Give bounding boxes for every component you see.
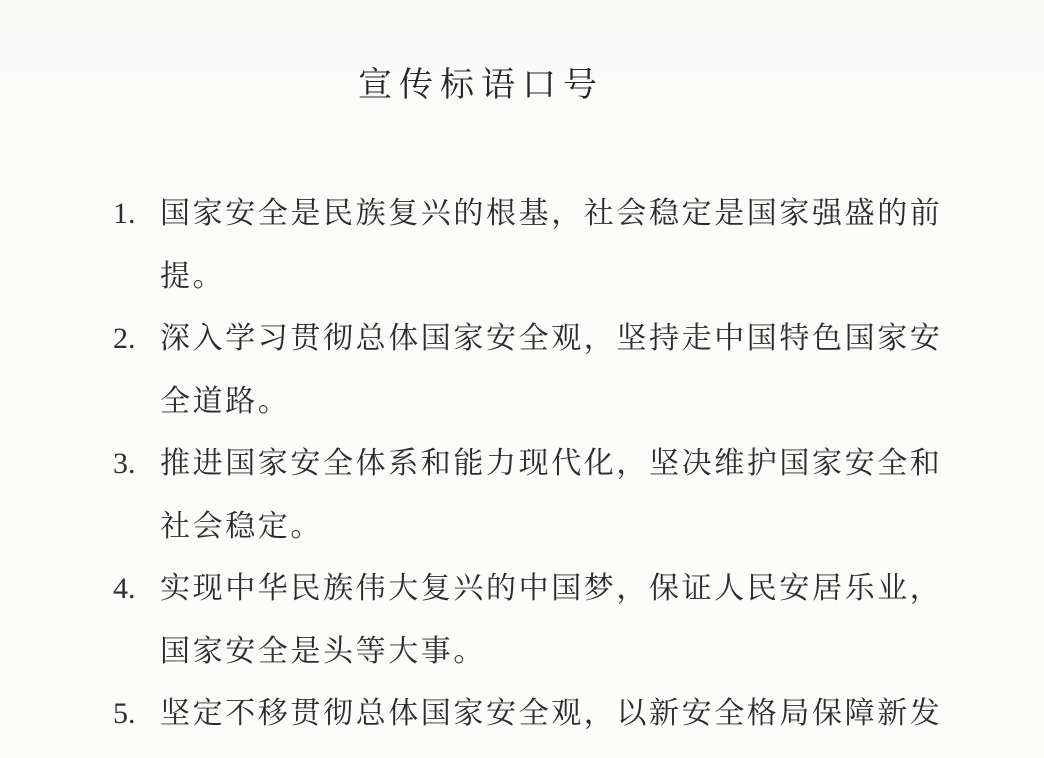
slogan-list: 1. 国家安全是民族复兴的根基，社会稳定是国家强盛的前提。 2. 深入学习贯彻总… (0, 183, 1044, 746)
slogan-number: 5. (113, 683, 160, 746)
slogan-text: 深入学习贯彻总体国家安全观，坚持走中国特色国家安全道路。 (160, 308, 960, 433)
slogan-text: 国家安全是民族复兴的根基，社会稳定是国家强盛的前提。 (160, 183, 960, 308)
slogan-number: 2. (113, 308, 160, 371)
slogan-item: 1. 国家安全是民族复兴的根基，社会稳定是国家强盛的前提。 (113, 183, 1044, 308)
slogan-item: 3. 推进国家安全体系和能力现代化，坚决维护国家安全和社会稳定。 (113, 433, 1044, 558)
slogan-text: 实现中华民族伟大复兴的中国梦，保证人民安居乐业，国家安全是头等大事。 (160, 558, 960, 683)
slogan-number: 3. (113, 433, 160, 496)
slogan-number: 1. (113, 183, 160, 246)
slogan-text: 坚定不移贯彻总体国家安全观，以新安全格局保障新发 (160, 683, 960, 746)
document-page: 宣传标语口号 1. 国家安全是民族复兴的根基，社会稳定是国家强盛的前提。 2. … (0, 0, 1044, 758)
slogan-item: 5. 坚定不移贯彻总体国家安全观，以新安全格局保障新发 (113, 683, 1044, 746)
document-title: 宣传标语口号 (358, 64, 1044, 108)
slogan-item: 2. 深入学习贯彻总体国家安全观，坚持走中国特色国家安全道路。 (113, 308, 1044, 433)
slogan-item: 4. 实现中华民族伟大复兴的中国梦，保证人民安居乐业，国家安全是头等大事。 (113, 558, 1044, 683)
slogan-number: 4. (113, 558, 160, 621)
slogan-text: 推进国家安全体系和能力现代化，坚决维护国家安全和社会稳定。 (160, 433, 960, 558)
